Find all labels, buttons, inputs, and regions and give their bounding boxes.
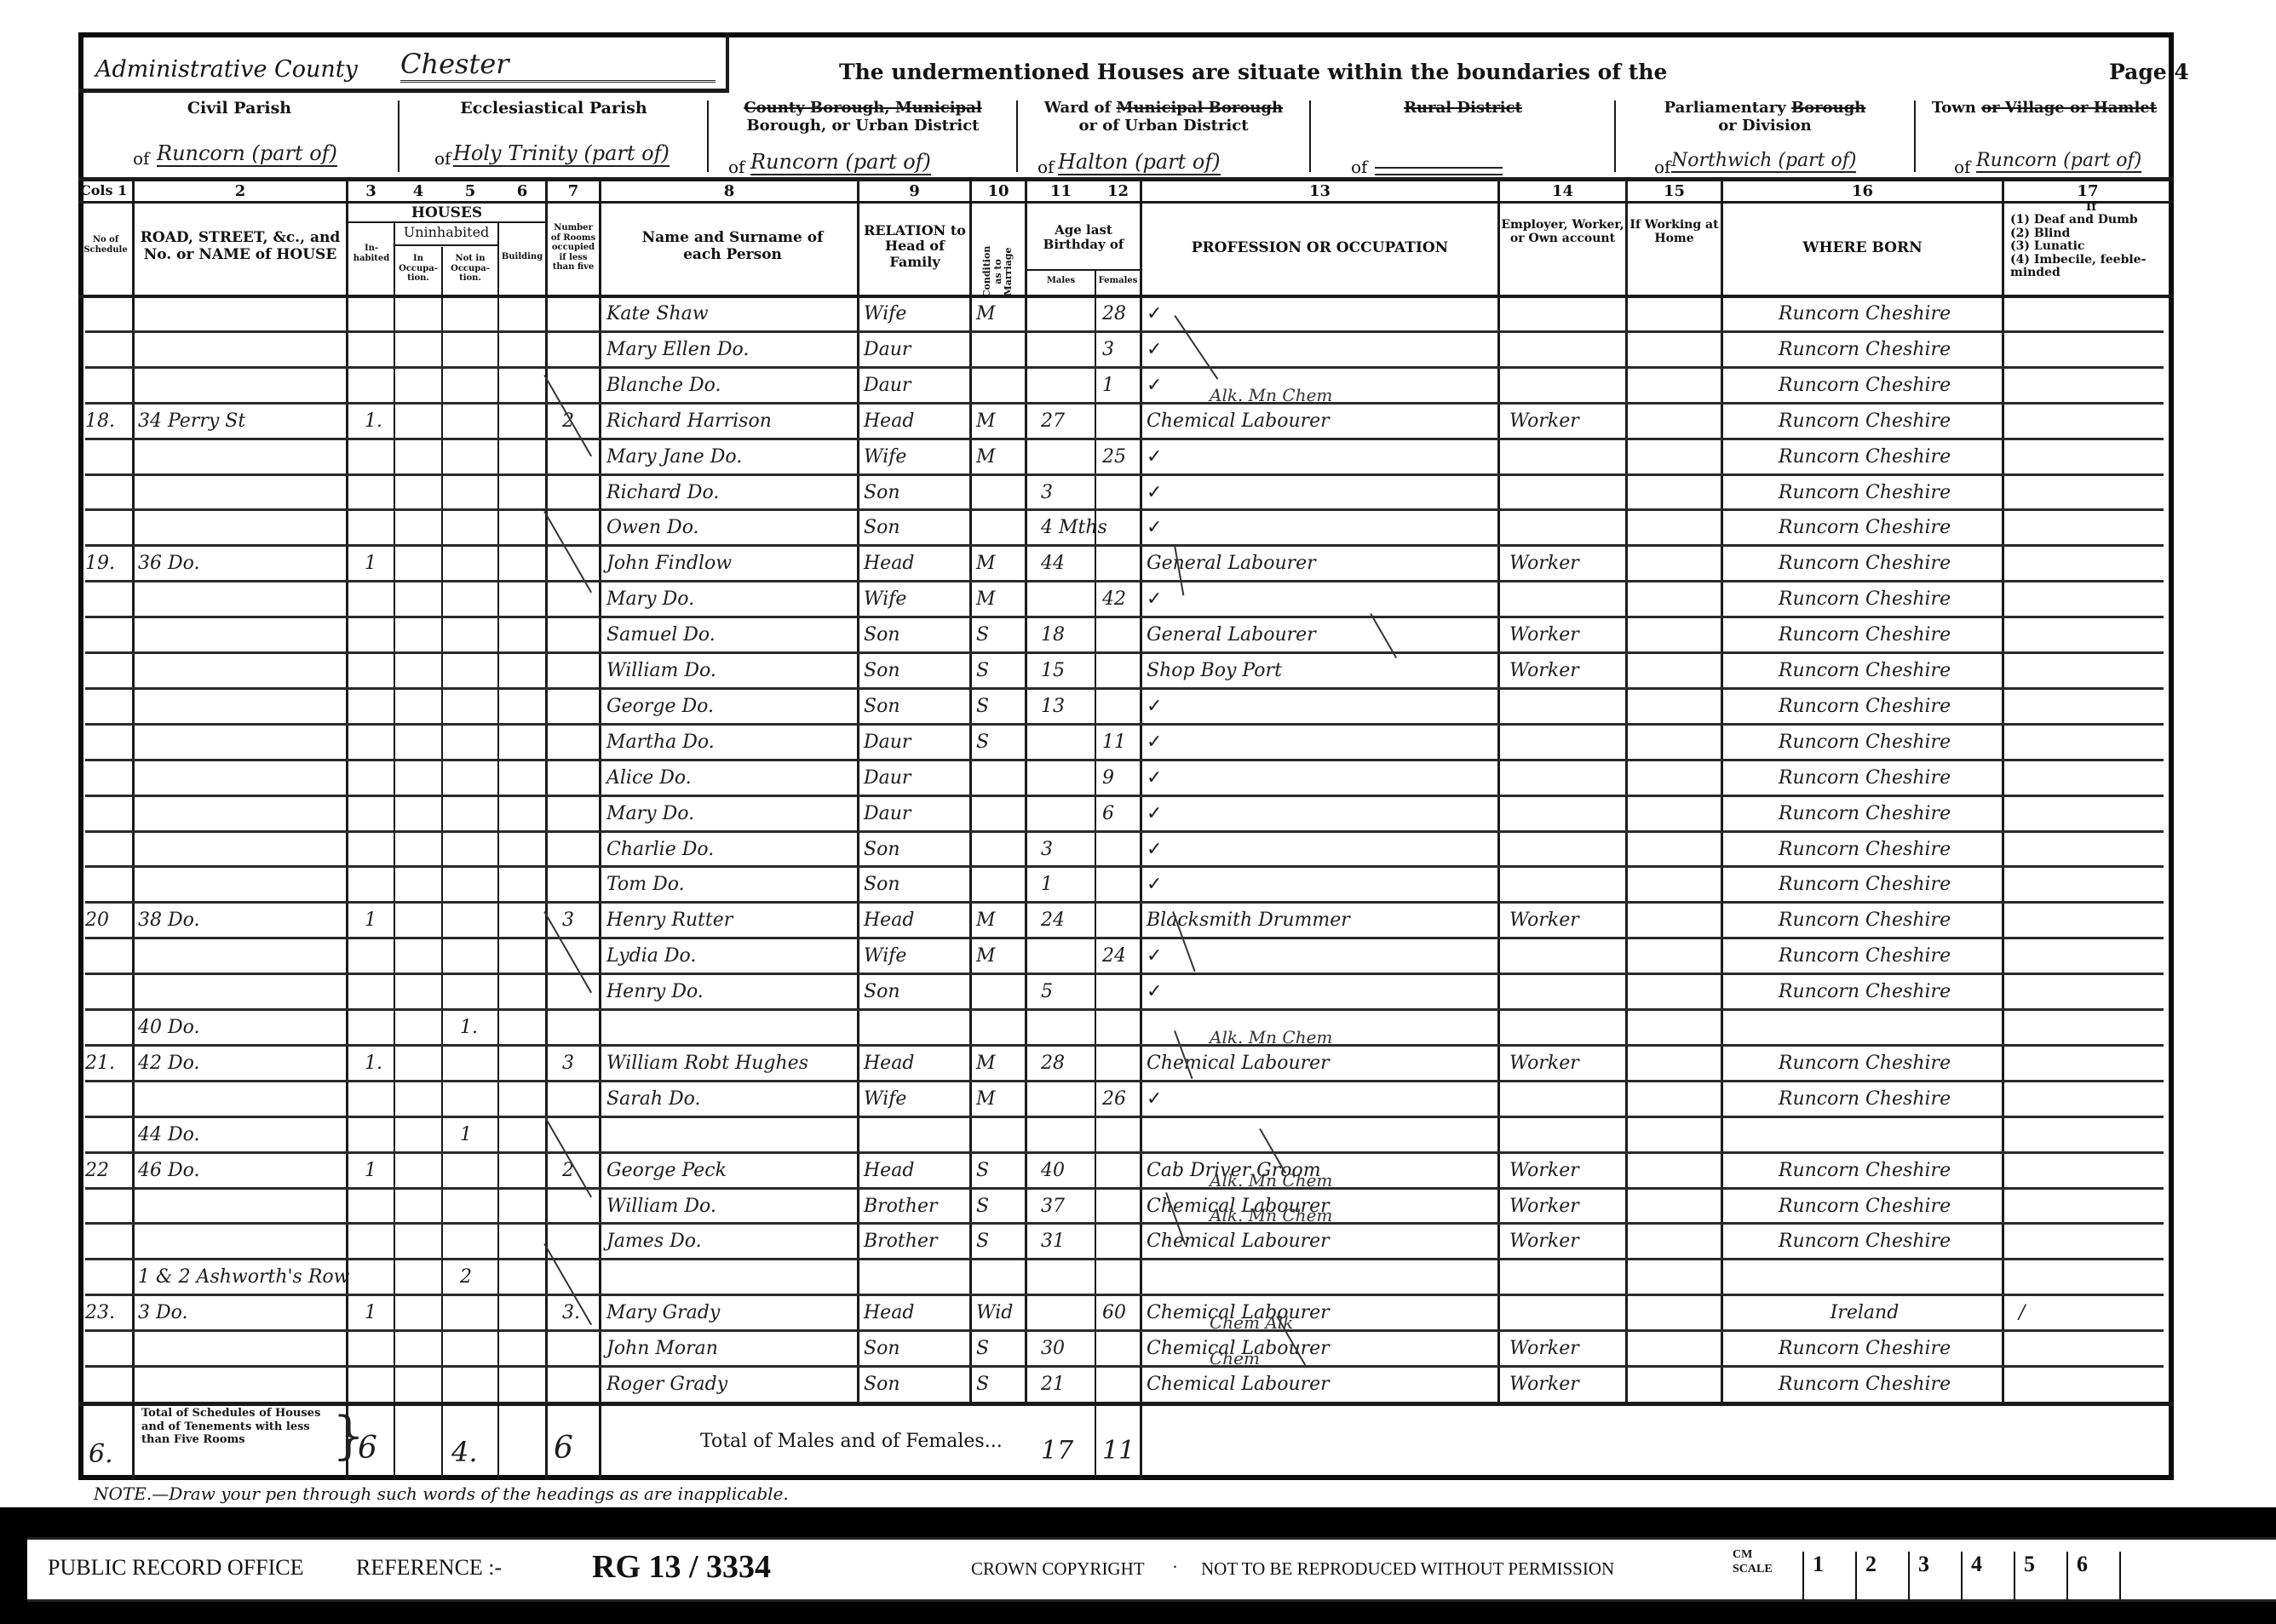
- table-row: [78, 1119, 2174, 1155]
- row-rule: [85, 830, 2164, 833]
- employer-cell: Worker: [1509, 554, 1579, 573]
- name-cell: Charlie Do.: [606, 841, 853, 859]
- address-cell: 44 Do.: [138, 1126, 199, 1145]
- age-females-cell: 1: [1102, 376, 1114, 395]
- boundaries-heading: The undermentioned Houses are situate wi…: [839, 60, 1667, 84]
- relation-cell: Head: [864, 412, 914, 431]
- row-rule: [85, 723, 2164, 726]
- header-condition: Condition as to Marriage: [982, 245, 1014, 298]
- row-rule: [85, 580, 2164, 582]
- age-females-cell: 26: [1102, 1090, 1126, 1109]
- inhabited-cell: 1: [365, 554, 376, 573]
- division-sep: [1309, 100, 1311, 172]
- infirmity-1: (1) Deaf and Dumb: [2010, 214, 2172, 227]
- scale-box: 5: [2014, 1552, 2065, 1601]
- division-label: Ward of Municipal Borough: [1019, 99, 1308, 117]
- name-cell: James Do.: [606, 1232, 853, 1251]
- footer-reference-label: REFERENCE :-: [356, 1555, 502, 1581]
- division-label: Ecclesiastical Parish: [400, 99, 707, 118]
- age-males-cell: 13: [1041, 697, 1065, 716]
- name-cell: Martha Do.: [606, 733, 853, 752]
- col-number: 10: [972, 182, 1025, 200]
- name-cell: Blanche Do.: [606, 376, 853, 395]
- occupation-cell: ✓: [1147, 947, 1162, 966]
- page-number: Page 4: [2109, 60, 2189, 84]
- row-rule: [85, 973, 2164, 975]
- table-row: [78, 1012, 2174, 1047]
- where-born-cell: Runcorn Cheshire: [1733, 911, 1997, 930]
- age-females-cell: 60: [1102, 1304, 1126, 1323]
- total-schedules: 6.: [89, 1439, 113, 1469]
- relation-cell: Son: [864, 626, 900, 645]
- division-town: Town or Village or Hamlet of Runcorn (pa…: [1917, 99, 2172, 117]
- relation-cell: Son: [864, 841, 900, 859]
- age-males-cell: 15: [1041, 662, 1065, 680]
- where-born-cell: Runcorn Cheshire: [1733, 733, 1997, 752]
- header-not-in-occupation: Not in Occupa-tion.: [444, 254, 497, 284]
- age-males-cell: 5: [1041, 983, 1053, 1001]
- division-value: Runcorn (part of): [1976, 150, 2141, 173]
- row-rule: [85, 795, 2164, 797]
- relation-cell: Son: [864, 983, 900, 1001]
- name-cell: Mary Do.: [606, 805, 853, 823]
- occupation-cell: ✓: [1147, 448, 1162, 467]
- name-cell: Richard Harrison: [606, 412, 853, 431]
- of-prefix: of: [1037, 157, 1054, 177]
- where-born-cell: Runcorn Cheshire: [1733, 1162, 1997, 1180]
- relation-cell: Son: [864, 484, 900, 502]
- condition-cell: M: [976, 1054, 996, 1073]
- division-label-line2: Borough, or Urban District: [710, 117, 1016, 135]
- header-road: ROAD, STREET, &c., and No. or NAME of HO…: [136, 230, 344, 263]
- division-county-borough: County Borough, Municipal Borough, or Ur…: [710, 99, 1016, 135]
- total-schedules-label: Total of Schedules of Houses and of Tene…: [136, 1407, 336, 1447]
- age-males-cell: 31: [1041, 1232, 1065, 1251]
- name-cell: George Peck: [606, 1162, 853, 1180]
- col-number: 8: [601, 182, 857, 200]
- col-number: 6: [499, 182, 545, 200]
- age-males-cell: 3: [1041, 841, 1053, 859]
- row-rule: [85, 473, 2164, 476]
- name-cell: Richard Do.: [606, 484, 853, 502]
- condition-cell: S: [976, 733, 989, 752]
- division-parliamentary: Parliamentary Borough or Division of Nor…: [1617, 99, 1913, 135]
- of-prefix: of: [434, 148, 451, 169]
- division-sep: [1614, 100, 1616, 172]
- col-number: 5: [443, 182, 497, 200]
- condition-cell: S: [976, 1375, 989, 1394]
- occupation-cell: ✓: [1147, 841, 1162, 859]
- total-rooms: 6: [554, 1431, 573, 1466]
- name-cell: Samuel Do.: [606, 626, 853, 645]
- condition-cell: M: [976, 554, 996, 573]
- name-cell: William Robt Hughes: [606, 1054, 853, 1073]
- header-occupation: PROFESSION OR OCCUPATION: [1142, 240, 1497, 257]
- division-rural-district: Rural District of: [1312, 99, 1614, 117]
- header-houses: HOUSES: [348, 204, 545, 221]
- row-rule: [85, 544, 2164, 547]
- employer-cell: Worker: [1509, 1340, 1579, 1358]
- where-born-cell: Runcorn Cheshire: [1733, 1232, 1997, 1251]
- header-schedule: No of Schedule: [80, 235, 131, 255]
- relation-cell: Brother: [864, 1197, 937, 1216]
- occupation-cell: Chemical Labourer: [1147, 412, 1330, 431]
- division-sep: [398, 100, 399, 172]
- age-males-cell: 1: [1041, 875, 1053, 894]
- occupation-cell: ✓: [1147, 1090, 1162, 1109]
- age-males-cell: 18: [1041, 626, 1065, 645]
- occupation-cell: Chemical Labourer: [1147, 1054, 1330, 1073]
- age-males-cell: 21: [1041, 1375, 1065, 1394]
- occupation-cell: ✓: [1147, 484, 1162, 502]
- employer-cell: Worker: [1509, 626, 1579, 645]
- inhabited-cell: 1.: [365, 1054, 382, 1073]
- clerk-annotation: Alk. Mn Chem: [1210, 1029, 1332, 1046]
- occupation-cell: Shop Boy Port: [1147, 662, 1282, 680]
- inhabited-cell: 1: [365, 1304, 376, 1323]
- header-name: Name and Surname of each Person: [630, 230, 835, 263]
- row-rule: [85, 759, 2164, 761]
- address-cell: 34 Perry St: [138, 412, 245, 431]
- row-rule: [85, 366, 2164, 369]
- col-number: 14: [1500, 182, 1625, 200]
- infirmity-if: If: [2010, 201, 2172, 214]
- relation-cell: Head: [864, 1162, 914, 1180]
- relation-cell: Daur: [864, 733, 911, 752]
- header-relation: RELATION to Head of Family: [860, 223, 969, 270]
- header-females: Females: [1096, 276, 1140, 286]
- col-number: 15: [1628, 182, 1721, 200]
- header-employer: Employer, Worker, or Own account: [1500, 218, 1625, 245]
- occupation-cell: ✓: [1147, 376, 1162, 395]
- division-label-line2: or of Urban District: [1019, 117, 1308, 135]
- age-females-cell: 24: [1102, 947, 1126, 966]
- division-value-blank: [1375, 167, 1503, 175]
- where-born-cell: Runcorn Cheshire: [1733, 983, 1997, 1001]
- occupation-cell: ✓: [1147, 590, 1162, 609]
- infirmity-4: (4) Imbecile, feeble-minded: [2010, 254, 2172, 280]
- row-rule: [85, 1151, 2164, 1154]
- row-rule: [85, 1044, 2164, 1047]
- sched-cell: 21.: [85, 1054, 115, 1073]
- occupation-cell: General Labourer: [1147, 554, 1316, 573]
- age-males-cell: 3: [1041, 484, 1053, 502]
- condition-cell: M: [976, 412, 996, 431]
- infirmity-3: (3) Lunatic: [2010, 240, 2172, 253]
- name-cell: William Do.: [606, 662, 853, 680]
- relation-cell: Son: [864, 697, 900, 716]
- of-prefix: of: [133, 148, 149, 169]
- footer-office: PUBLIC RECORD OFFICE: [48, 1555, 304, 1581]
- totals-top-rule: [78, 1402, 2174, 1406]
- relation-cell: Daur: [864, 769, 911, 788]
- footnote: NOTE.—Draw your pen through such words o…: [94, 1483, 789, 1504]
- row-rule: [85, 1329, 2164, 1332]
- condition-cell: M: [976, 448, 996, 467]
- uninhab-not-cell: 2: [460, 1268, 472, 1287]
- where-born-cell: Runcorn Cheshire: [1733, 947, 1997, 966]
- age-females-cell: 6: [1102, 805, 1114, 823]
- relation-cell: Son: [864, 1340, 900, 1358]
- inhabited-cell: 1: [365, 1162, 376, 1180]
- name-cell: Owen Do.: [606, 519, 853, 537]
- admin-county-value: Chester: [400, 48, 716, 83]
- where-born-cell: Runcorn Cheshire: [1733, 662, 1997, 680]
- address-cell: 38 Do.: [138, 911, 199, 930]
- houses-rule: [348, 221, 545, 223]
- employer-cell: Worker: [1509, 662, 1579, 680]
- where-born-cell: Runcorn Cheshire: [1733, 1197, 1997, 1216]
- age-males-cell: 40: [1041, 1162, 1065, 1180]
- relation-cell: Head: [864, 554, 914, 573]
- where-born-cell: Runcorn Cheshire: [1733, 1340, 1997, 1358]
- header-building: Building: [500, 252, 544, 262]
- scale-box: 1: [1802, 1552, 1854, 1601]
- address-cell: 40 Do.: [138, 1019, 199, 1037]
- division-label: County Borough, Municipal: [710, 99, 1016, 117]
- col-number: 7: [548, 182, 599, 200]
- age-males-cell: 44: [1041, 554, 1065, 573]
- footer-copyright: CROWN COPYRIGHT: [971, 1558, 1145, 1580]
- name-cell: Sarah Do.: [606, 1090, 853, 1109]
- uninhab-not-cell: 1: [460, 1126, 472, 1145]
- where-born-cell: Runcorn Cheshire: [1733, 697, 1997, 716]
- employer-cell: Worker: [1509, 911, 1579, 930]
- row-rule: [85, 865, 2164, 868]
- relation-cell: Wife: [864, 1090, 906, 1109]
- condition-cell: S: [976, 1340, 989, 1358]
- divisions-bottom-rule: [78, 177, 2174, 181]
- clerk-annotation: Alk. Mn Chem: [1210, 1207, 1332, 1224]
- division-value: Holy Trinity (part of): [453, 141, 670, 167]
- age-females-cell: 42: [1102, 590, 1126, 609]
- header-uninhabited: Uninhabited: [395, 224, 497, 240]
- condition-cell: S: [976, 626, 989, 645]
- division-label: Civil Parish: [82, 99, 397, 118]
- name-cell: Mary Do.: [606, 590, 853, 609]
- inhabited-cell: 1: [365, 911, 376, 930]
- condition-cell: S: [976, 1162, 989, 1180]
- header-in-occupation: In Occupa-tion.: [396, 254, 440, 284]
- address-cell: 36 Do.: [138, 554, 199, 573]
- where-born-cell: Runcorn Cheshire: [1733, 412, 1997, 431]
- where-born-cell: Runcorn Cheshire: [1733, 875, 1997, 894]
- division-value: Halton (part of): [1058, 150, 1221, 175]
- address-cell: 42 Do.: [138, 1054, 199, 1073]
- name-cell: Alice Do.: [606, 769, 853, 788]
- division-civil-parish: Civil Parish of Runcorn (part of): [82, 99, 397, 118]
- where-born-cell: Runcorn Cheshire: [1733, 1375, 1997, 1394]
- age-females-cell: 25: [1102, 448, 1126, 467]
- of-prefix: of: [1954, 157, 1970, 177]
- age-females-cell: 28: [1102, 305, 1126, 324]
- row-rule: [85, 1258, 2164, 1260]
- age-males-cell: 30: [1041, 1340, 1065, 1358]
- division-value: Northwich (part of): [1671, 150, 1856, 173]
- uninhabited-rule: [395, 244, 497, 246]
- of-prefix: of: [1351, 157, 1367, 177]
- division-label: Parliamentary Borough: [1617, 99, 1913, 117]
- occupation-cell: ✓: [1147, 305, 1162, 324]
- sched-cell: 20: [85, 911, 109, 930]
- total-inhabited: 6: [358, 1431, 377, 1466]
- col-number: 11: [1027, 182, 1095, 200]
- colnum-rule: [78, 201, 2174, 204]
- row-rule: [85, 651, 2164, 654]
- where-born-cell: Runcorn Cheshire: [1733, 519, 1997, 537]
- row-rule: [85, 402, 2164, 405]
- sched-cell: 18.: [85, 412, 115, 431]
- header-at-home: If Working at Home: [1628, 218, 1721, 245]
- row-rule: [85, 937, 2164, 939]
- relation-cell: Head: [864, 1054, 914, 1073]
- name-cell: Tom Do.: [606, 875, 853, 894]
- division-value: Runcorn (part of): [157, 141, 337, 167]
- scale-label-scale: SCALE: [1733, 1563, 1773, 1577]
- employer-cell: Worker: [1509, 1375, 1579, 1394]
- name-cell: Mary Jane Do.: [606, 448, 853, 467]
- age-males-cell: 24: [1041, 911, 1065, 930]
- age-males-cell: 37: [1041, 1197, 1065, 1216]
- rooms-cell: 3.: [562, 1304, 580, 1323]
- where-born-cell: Runcorn Cheshire: [1733, 305, 1997, 324]
- name-cell: Kate Shaw: [606, 305, 853, 324]
- occupation-cell: ✓: [1147, 341, 1162, 359]
- name-cell: John Moran: [606, 1340, 853, 1358]
- row-rule: [85, 1187, 2164, 1190]
- where-born-cell: Runcorn Cheshire: [1733, 841, 1997, 859]
- header-inhabited: In-habited: [349, 244, 394, 263]
- relation-cell: Daur: [864, 376, 911, 395]
- admin-county-label: Administrative County: [95, 56, 358, 83]
- relation-cell: Daur: [864, 341, 911, 359]
- condition-cell: M: [976, 305, 996, 324]
- division-label: Town or Village or Hamlet: [1917, 99, 2172, 117]
- row-rule: [85, 1294, 2164, 1296]
- header-males: Males: [1027, 276, 1095, 286]
- row-rule: [85, 330, 2164, 333]
- col-number: 12: [1096, 182, 1140, 200]
- col-number: 9: [859, 182, 969, 200]
- condition-cell: S: [976, 1197, 989, 1216]
- occupation-cell: ✓: [1147, 769, 1162, 788]
- condition-cell: M: [976, 590, 996, 609]
- rooms-cell: 3: [562, 911, 574, 930]
- division-sep: [1914, 100, 1916, 172]
- relation-cell: Son: [864, 662, 900, 680]
- employer-cell: Worker: [1509, 1054, 1579, 1073]
- where-born-cell: Runcorn Cheshire: [1733, 769, 1997, 788]
- occupation-cell: Chemical Labourer: [1147, 1232, 1330, 1251]
- row-rule: [85, 438, 2164, 440]
- scale-box: 4: [1961, 1552, 2012, 1601]
- relation-cell: Brother: [864, 1232, 937, 1251]
- where-born-cell: Runcorn Cheshire: [1733, 590, 1997, 609]
- table-row: [78, 1261, 2174, 1297]
- where-born-cell: Runcorn Cheshire: [1733, 1054, 1997, 1073]
- footer-scale-label: CM SCALE: [1733, 1548, 1773, 1577]
- scale-box-end: [2119, 1552, 2129, 1601]
- where-born-cell: Runcorn Cheshire: [1733, 341, 1997, 359]
- name-cell: George Do.: [606, 697, 853, 716]
- occupation-cell: General Labourer: [1147, 626, 1316, 645]
- division-sep: [1016, 100, 1018, 172]
- row-rule: [85, 1008, 2164, 1011]
- where-born-cell: Runcorn Cheshire: [1733, 1090, 1997, 1109]
- relation-cell: Wife: [864, 947, 906, 966]
- name-cell: Mary Ellen Do.: [606, 341, 853, 359]
- clerk-annotation: Chem: [1210, 1350, 1260, 1367]
- footer-reference: RG 13 / 3334: [592, 1548, 771, 1586]
- occupation-cell: ✓: [1147, 697, 1162, 716]
- admin-county-box-bottom: [78, 89, 729, 93]
- where-born-cell: Runcorn Cheshire: [1733, 448, 1997, 467]
- total-males: 17: [1041, 1436, 1073, 1466]
- division-value: Runcorn (part of): [750, 150, 931, 175]
- where-born-cell: Runcorn Cheshire: [1733, 805, 1997, 823]
- footer-dot: ·: [1172, 1557, 1178, 1578]
- total-uninhabited: 4.: [451, 1436, 478, 1468]
- name-cell: Henry Do.: [606, 983, 853, 1001]
- total-females: 11: [1102, 1436, 1135, 1466]
- where-born-cell: Runcorn Cheshire: [1733, 626, 1997, 645]
- employer-cell: Worker: [1509, 1162, 1579, 1180]
- footer-permission: NOT TO BE REPRODUCED WITHOUT PERMISSION: [1201, 1558, 1614, 1580]
- division-label: Rural District: [1312, 99, 1614, 117]
- row-rule: [85, 901, 2164, 904]
- where-born-cell: Runcorn Cheshire: [1733, 554, 1997, 573]
- col-number: Cols 1: [80, 182, 131, 198]
- scale-box: 6: [2066, 1552, 2118, 1601]
- infirmity-2: (2) Blind: [2010, 227, 2172, 240]
- age-rule: [1027, 269, 1140, 271]
- relation-cell: Wife: [864, 305, 906, 324]
- employer-cell: Worker: [1509, 1197, 1579, 1216]
- age-females-cell: 11: [1102, 733, 1126, 752]
- header-age: Age last Birthday of: [1027, 223, 1140, 253]
- age-males-cell: 28: [1041, 1054, 1065, 1073]
- age-males-cell: 4 Mths: [1041, 519, 1107, 537]
- occupation-cell: ✓: [1147, 983, 1162, 1001]
- division-sep: [707, 100, 709, 172]
- sched-cell: 22: [85, 1162, 109, 1180]
- condition-cell: M: [976, 1090, 996, 1109]
- col-number: 3: [348, 182, 394, 200]
- infirmity-cell: /: [2019, 1304, 2025, 1323]
- relation-cell: Head: [864, 1304, 914, 1323]
- row-rule: [85, 1365, 2164, 1368]
- division-label-line2: or Division: [1617, 117, 1913, 135]
- where-born-cell: Runcorn Cheshire: [1733, 484, 1997, 502]
- relation-cell: Son: [864, 875, 900, 894]
- row-rule: [85, 616, 2164, 618]
- header-infirmity: If (1) Deaf and Dumb (2) Blind (3) Lunat…: [2010, 201, 2172, 279]
- occupation-cell: ✓: [1147, 875, 1162, 894]
- name-cell: John Findlow: [606, 554, 853, 573]
- address-cell: 1 & 2 Ashworth's Row: [138, 1268, 349, 1287]
- where-born-cell: Ireland: [1733, 1304, 1997, 1323]
- clerk-annotation: Alk. Mn Chem: [1210, 387, 1332, 404]
- scale-label-cm: CM: [1733, 1548, 1773, 1563]
- row-rule: [85, 1116, 2164, 1118]
- condition-cell: S: [976, 662, 989, 680]
- age-females-cell: 9: [1102, 769, 1114, 788]
- employer-cell: Worker: [1509, 412, 1579, 431]
- division-ward: Ward of Municipal Borough or of Urban Di…: [1019, 99, 1308, 135]
- age-females-cell: 3: [1102, 341, 1114, 359]
- relation-cell: Wife: [864, 448, 906, 467]
- row-rule: [85, 1080, 2164, 1082]
